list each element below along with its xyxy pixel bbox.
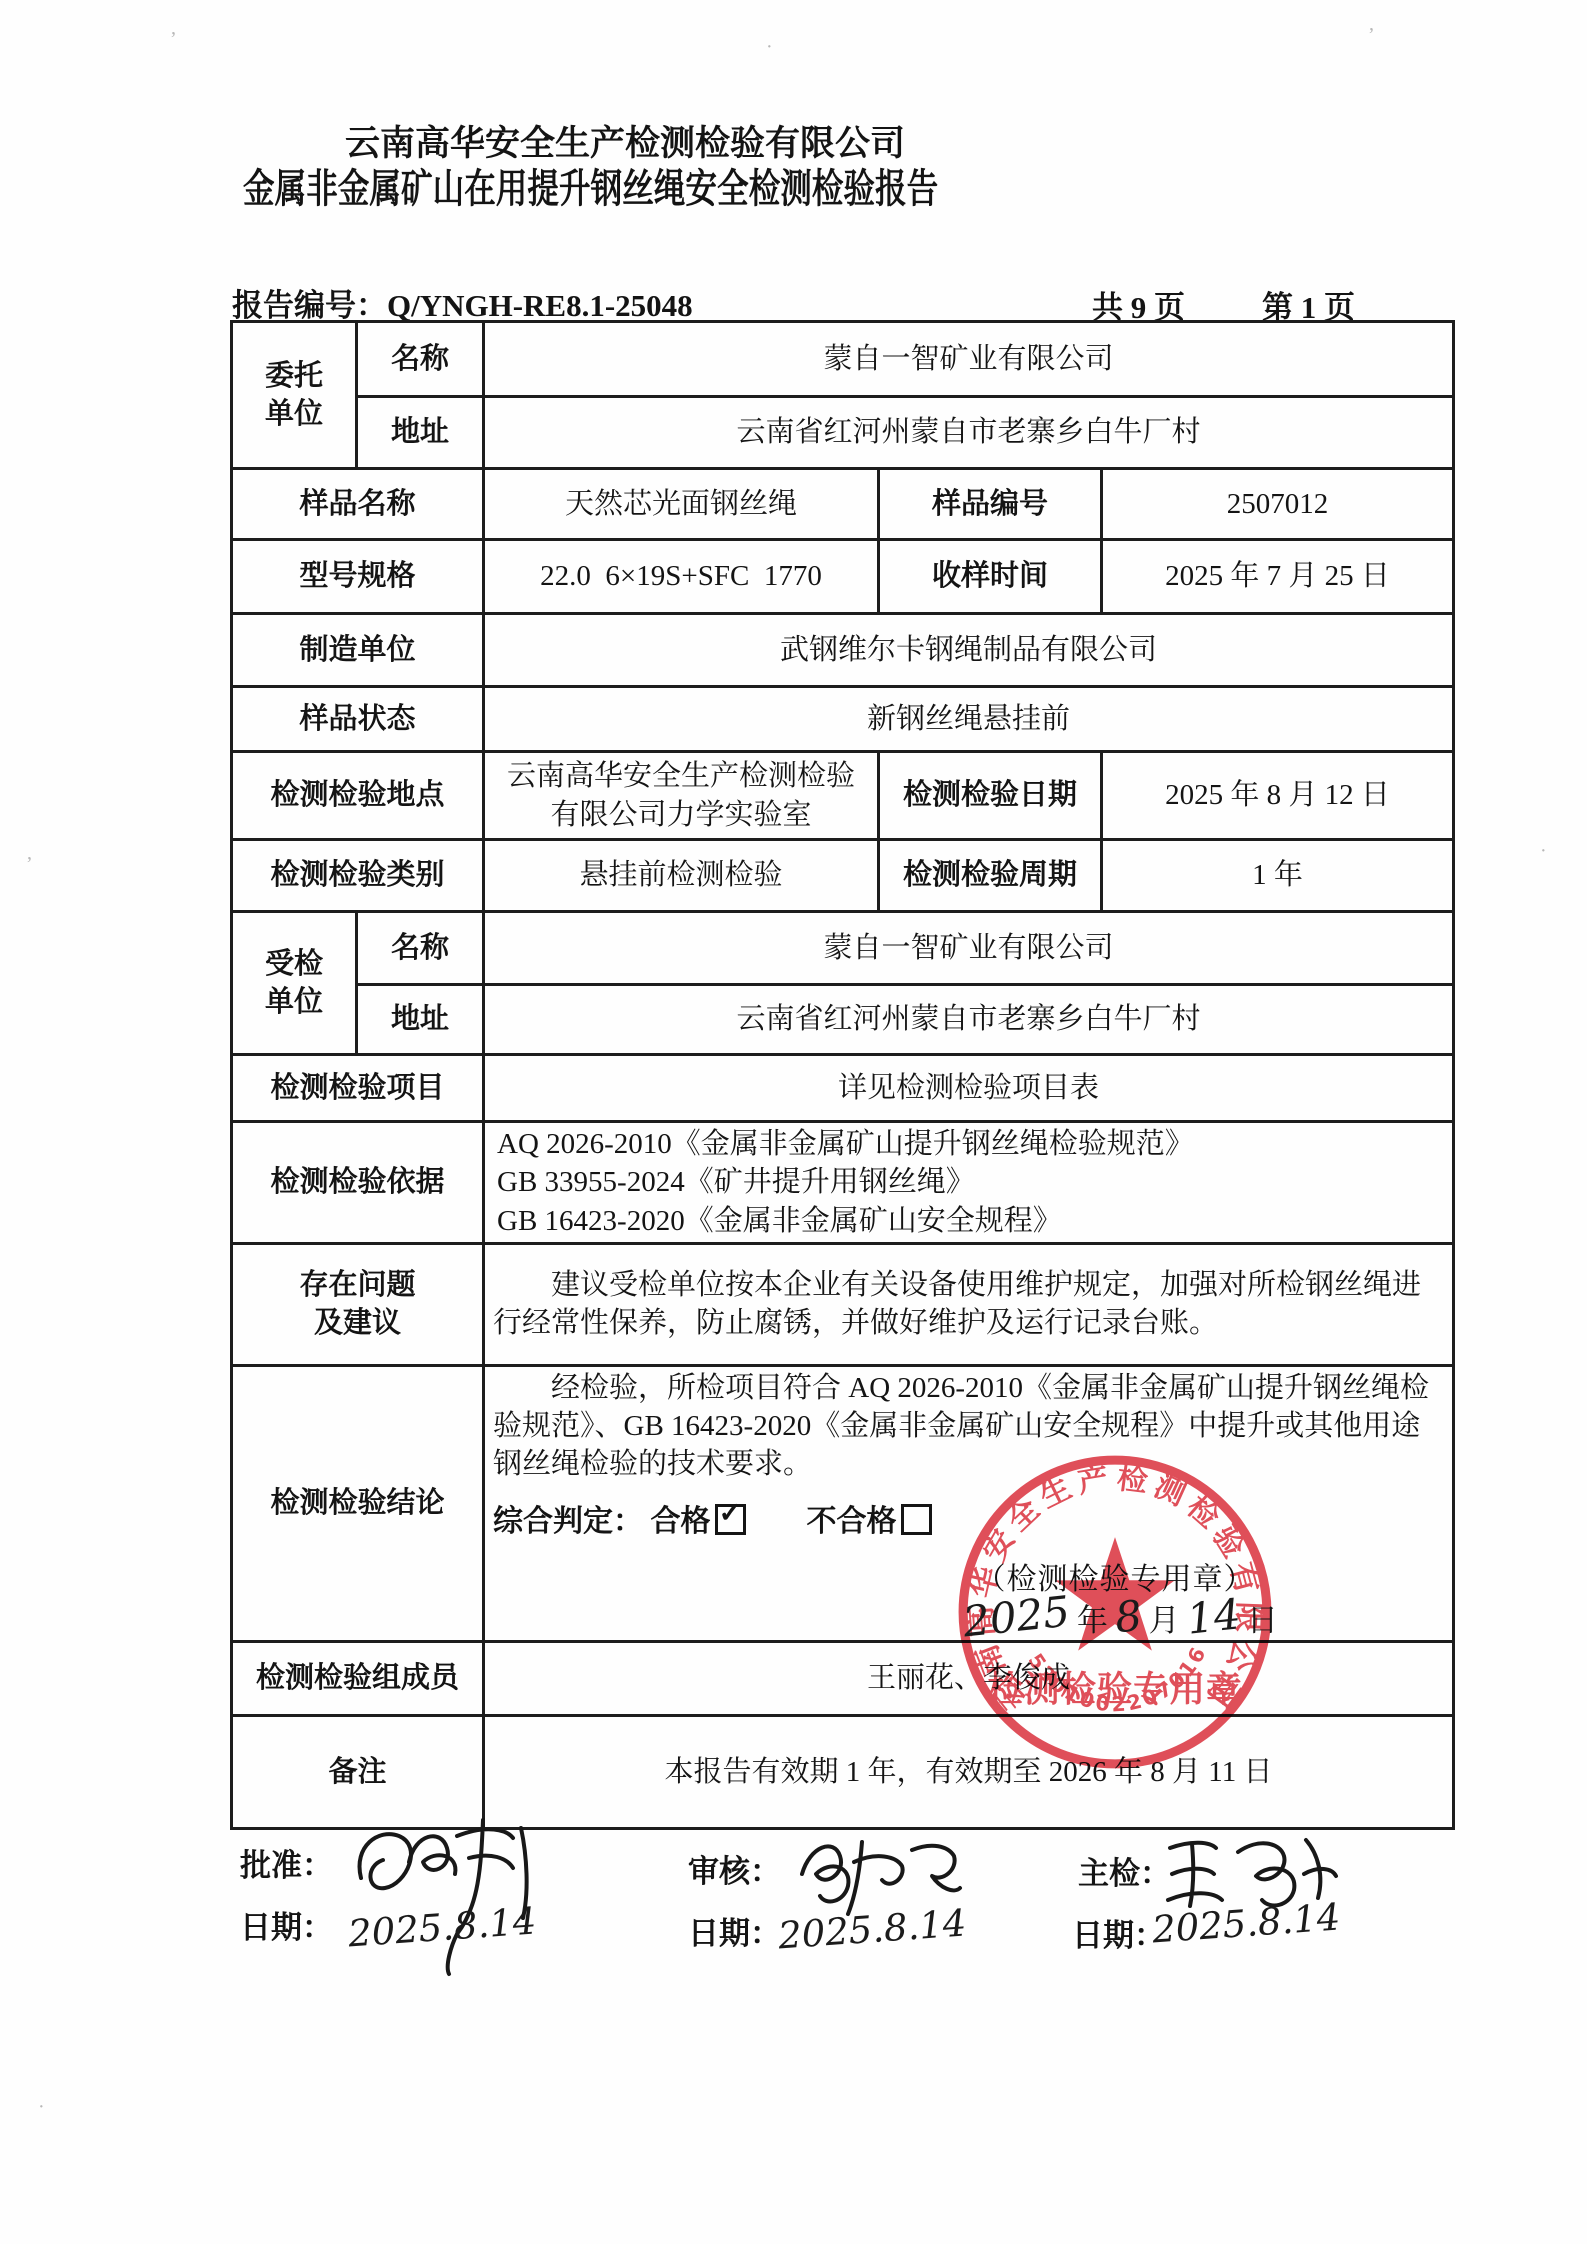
model-value: 22.0 6×19S+SFC 1770 — [484, 540, 879, 614]
inspection-category-value: 悬挂前检测检验 — [484, 840, 879, 912]
inspected-group-label: 受检 单位 — [232, 912, 357, 1055]
consignor-addr-value: 云南省红河州蒙自市老寨乡白牛厂村 — [484, 397, 1454, 469]
report-number-label: 报告编号： — [232, 288, 387, 323]
inspected-addr-label: 地址 — [357, 985, 484, 1055]
sample-state-label: 样品状态 — [232, 687, 484, 752]
scan-speck: · — [38, 2096, 45, 2119]
pass-checkbox: ✓ — [715, 1504, 746, 1535]
scan-speck: · — [766, 36, 773, 59]
inspected-addr-value: 云南省红河州蒙自市老寨乡白牛厂村 — [484, 985, 1454, 1055]
table-row: 受检 单位 名称 蒙自一智矿业有限公司 — [232, 912, 1454, 985]
table-row: 检测检验项目 详见检测检验项目表 — [232, 1055, 1454, 1122]
receive-time-label: 收样时间 — [879, 540, 1102, 614]
review-date-label: 日期： — [688, 1908, 781, 1953]
seal-date-day: 14 — [1184, 1589, 1242, 1643]
table-row: 检测检验类别 悬挂前检测检验 检测检验周期 1 年 — [232, 840, 1454, 912]
table-row: 样品状态 新钢丝绳悬挂前 — [232, 687, 1454, 752]
basis-line-2: GB 33955-2024《矿井提升用钢丝绳》 — [493, 1163, 1444, 1201]
approve-signature — [345, 1806, 530, 1981]
model-label: 型号规格 — [232, 540, 484, 614]
consignor-addr-label: 地址 — [357, 397, 484, 469]
seal-date-line: 2025年8月14日 — [940, 1592, 1300, 1641]
inspection-location-value: 云南高华安全生产检测检验有限公司力学实验室 — [484, 752, 879, 840]
team-label: 检测检验组成员 — [232, 1641, 484, 1715]
manufacturer-value: 武钢维尔卡钢绳制品有限公司 — [484, 614, 1454, 687]
receive-time-value: 2025 年 7 月 25 日 — [1102, 540, 1454, 614]
table-row: 地址 云南省红河州蒙自市老寨乡白牛厂村 — [232, 985, 1454, 1055]
inspection-date-value: 2025 年 8 月 12 日 — [1102, 752, 1454, 840]
fail-label: 不合格 — [807, 1505, 897, 1538]
conclusion-label: 检测检验结论 — [232, 1365, 484, 1641]
report-number-value: Q/YNGH-RE8.1-25048 — [387, 288, 693, 323]
table-row: 制造单位 武钢维尔卡钢绳制品有限公司 — [232, 614, 1454, 687]
review-label: 审核： — [688, 1846, 781, 1891]
manufacturer-label: 制造单位 — [232, 614, 484, 687]
inspection-category-label: 检测检验类别 — [232, 840, 484, 912]
consignor-name-value: 蒙自一智矿业有限公司 — [484, 322, 1454, 397]
inspection-basis-label: 检测检验依据 — [232, 1122, 484, 1244]
report-number-line: 报告编号：Q/YNGH-RE8.1-25048 — [232, 280, 693, 325]
inspection-period-value: 1 年 — [1102, 840, 1454, 912]
scan-speck: ’ — [170, 28, 177, 51]
consignor-group-label: 委托 单位 — [232, 322, 357, 469]
day-unit: 日 — [1247, 1595, 1278, 1640]
fail-checkbox — [901, 1504, 932, 1535]
inspection-basis-value: AQ 2026-2010《金属非金属矿山提升钢丝绳检验规范》 GB 33955-… — [484, 1122, 1454, 1244]
table-row: 委托 单位 名称 蒙自一智矿业有限公司 — [232, 322, 1454, 397]
problems-label: 存在问题 及建议 — [232, 1243, 484, 1365]
problems-value: 建议受检单位按本企业有关设备使用维护规定，加强对所检钢丝绳进行经常性保养，防止腐… — [484, 1243, 1454, 1365]
scan-speck: ‚ — [26, 842, 33, 865]
month-unit: 月 — [1149, 1595, 1180, 1640]
seal-date-year: 2025 — [961, 1587, 1072, 1647]
inspection-date-label: 检测检验日期 — [879, 752, 1102, 840]
table-row: 存在问题 及建议 建议受检单位按本企业有关设备使用维护规定，加强对所检钢丝绳进行… — [232, 1243, 1454, 1365]
inspection-period-label: 检测检验周期 — [879, 840, 1102, 912]
consignor-name-label: 名称 — [357, 322, 484, 397]
inspected-name-value: 蒙自一智矿业有限公司 — [484, 912, 1454, 985]
report-page: ’ · ’ ‚ · · 云南高华安全生产检测检验有限公司 金属非金属矿山在用提升… — [0, 0, 1587, 2244]
basis-line-3: GB 16423-2020《金属非金属矿山安全规程》 — [493, 1202, 1444, 1240]
report-title: 金属非金属矿山在用提升钢丝绳安全检测检验报告 — [243, 157, 938, 214]
table-row: 型号规格 22.0 6×19S+SFC 1770 收样时间 2025 年 7 月… — [232, 540, 1454, 614]
approve-label: 批准： — [240, 1840, 333, 1885]
sample-name-value: 天然芯光面钢丝绳 — [484, 469, 879, 540]
seal-date-month: 8 — [1112, 1591, 1144, 1643]
table-row: 检测检验地点 云南高华安全生产检测检验有限公司力学实验室 检测检验日期 2025… — [232, 752, 1454, 840]
inspection-items-value: 详见检测检验项目表 — [484, 1055, 1454, 1122]
pass-label: 合格 — [651, 1505, 711, 1538]
year-unit: 年 — [1077, 1595, 1108, 1640]
sample-state-value: 新钢丝绳悬挂前 — [484, 687, 1454, 752]
table-row: 检测检验依据 AQ 2026-2010《金属非金属矿山提升钢丝绳检验规范》 GB… — [232, 1122, 1454, 1244]
sample-no-value: 2507012 — [1102, 469, 1454, 540]
approve-date-label: 日期： — [240, 1902, 333, 1947]
inspection-location-label: 检测检验地点 — [232, 752, 484, 840]
verdict-label: 综合判定： — [493, 1505, 643, 1538]
check-mark: ✓ — [719, 1500, 742, 1528]
sample-name-label: 样品名称 — [232, 469, 484, 540]
table-row: 样品名称 天然芯光面钢丝绳 样品编号 2507012 — [232, 469, 1454, 540]
basis-line-1: AQ 2026-2010《金属非金属矿山提升钢丝绳检验规范》 — [493, 1125, 1444, 1163]
inspection-items-label: 检测检验项目 — [232, 1055, 484, 1122]
inspected-name-label: 名称 — [357, 912, 484, 985]
problems-text: 建议受检单位按本企业有关设备使用维护规定，加强对所检钢丝绳进行经常性保养，防止腐… — [493, 1266, 1444, 1343]
scan-speck: ’ — [1368, 24, 1375, 47]
sample-no-label: 样品编号 — [879, 469, 1102, 540]
table-row: 地址 云南省红河州蒙自市老寨乡白牛厂村 — [232, 397, 1454, 469]
scan-speck: · — [1540, 840, 1547, 863]
